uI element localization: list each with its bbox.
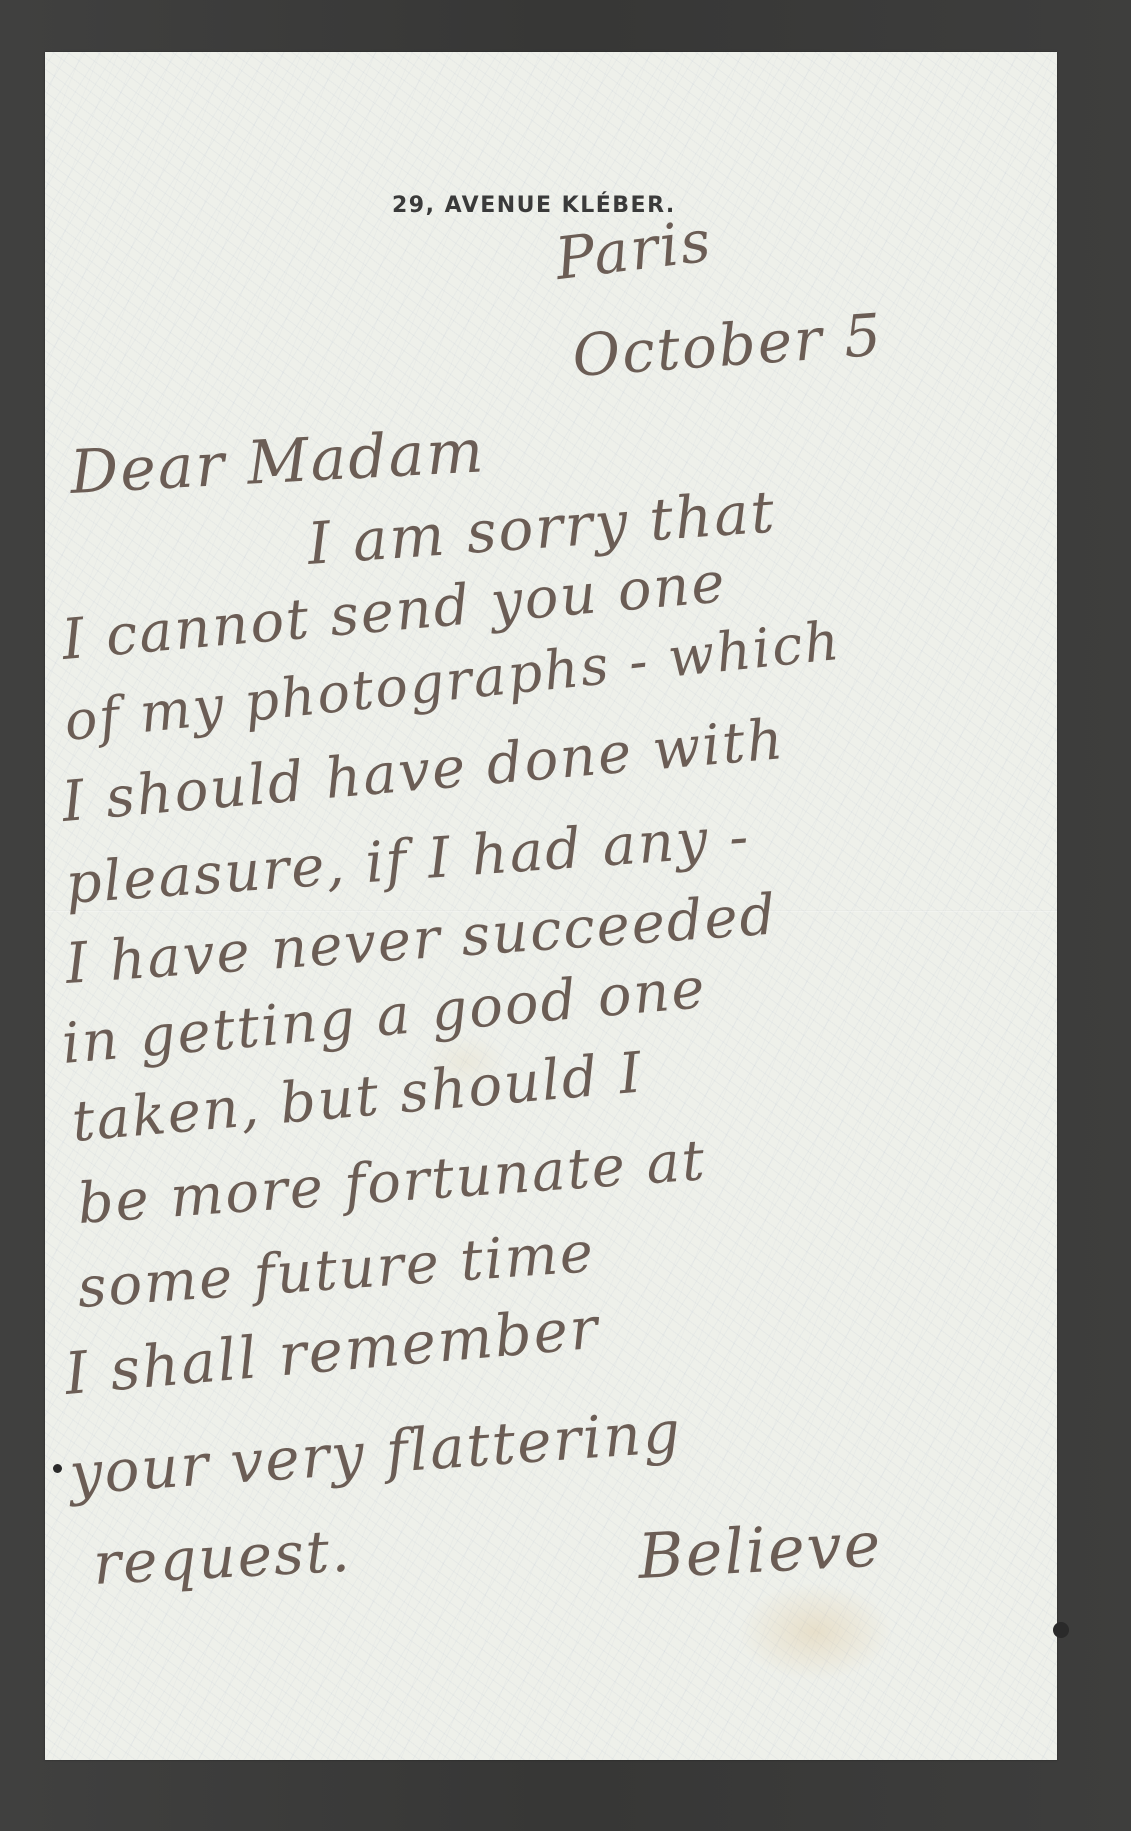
ink-dot-left: [53, 1464, 62, 1473]
pin-hole-right: [1053, 1622, 1069, 1638]
letterhead-address: 29, AVENUE KLÉBER.: [392, 193, 676, 218]
body-line-13: request.: [91, 1517, 353, 1598]
closing-line: Believe: [636, 1507, 884, 1593]
